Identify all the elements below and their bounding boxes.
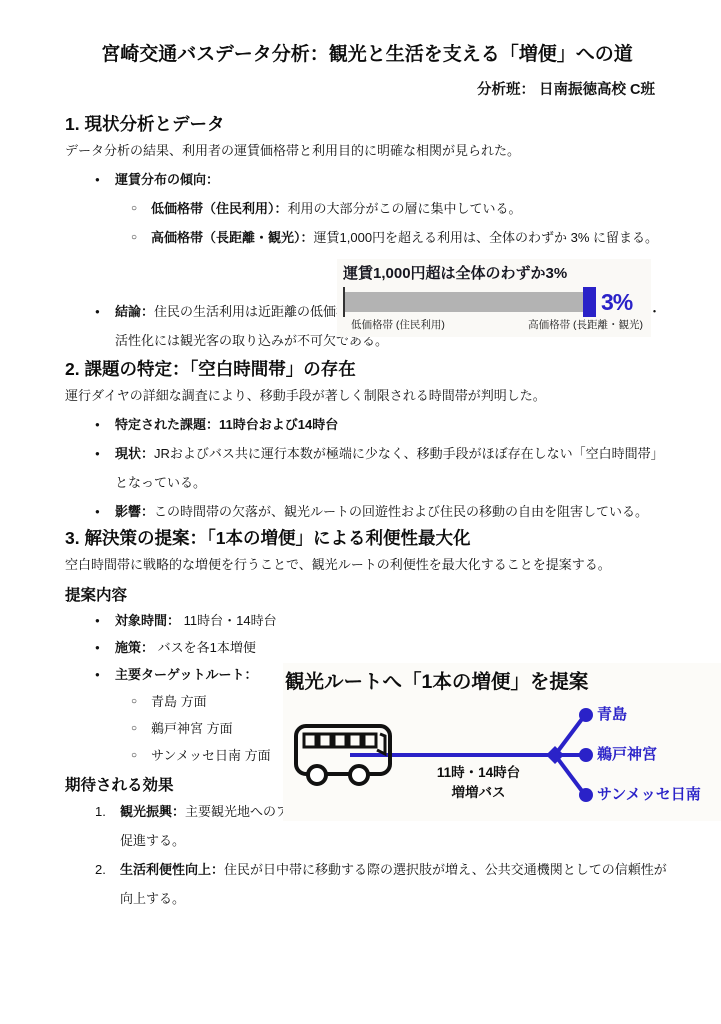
chart-category-labels: 低価格帯 (住民利用) 高価格帯 (長距離・観光) [351, 318, 643, 333]
list-item: 特定された課題：11時台および14時台 [65, 410, 669, 439]
list-item: 運賃分布の傾向： [65, 165, 669, 194]
section-3-heading: 3. 解決策の提案：「1本の増便」による利便性最大化 [65, 526, 669, 550]
list-item: 低価格帯（住民利用）：利用の大部分がこの層に集中している。 [65, 194, 669, 223]
section-1-intro: データ分析の結果、利用者の運賃価格帯と利用目的に明確な相関が見られた。 [65, 136, 669, 165]
list-item-label: 運賃分布の傾向： [115, 172, 219, 187]
chart-label-left: 低価格帯 (住民利用) [351, 318, 445, 333]
list-item: 対象時間： 11時台・14時台 [65, 607, 669, 634]
list-item-label: 対象時間： [115, 613, 180, 628]
section-3-intro: 空白時間帯に戦略的な増便を行うことで、観光ルートの利便性を最大化することを提案す… [65, 550, 669, 579]
list-item-text: JRおよびバス共に運行本数が極端に少なく、移動手段がほぼ存在しない「空白時間帯」… [115, 446, 664, 490]
list-item-label: 結論： [115, 304, 154, 319]
list-item-label: 主要ターゲットルート： [115, 667, 257, 682]
chart-title: 運賃1,000円超は全体のわずか3% [343, 263, 651, 284]
list-item-text: この時間帯の欠落が、観光ルートの回遊性および住民の移動の自由を阻害している。 [154, 504, 648, 519]
list-item-label: 低価格帯（住民利用）： [151, 201, 288, 216]
list-item: 高価格帯（長距離・観光）：運賃1,000円を超える利用は、全体のわずか 3% に… [65, 223, 669, 252]
list-item: 影響：この時間帯の欠落が、観光ルートの回遊性および住民の移動の自由を阻害している… [65, 497, 669, 526]
list-item: 施策： バスを各1本増便 [65, 634, 669, 661]
item-label: 生活利便性向上： [120, 862, 224, 877]
list-item-label: 影響： [115, 504, 154, 519]
bus-icon [293, 718, 393, 790]
list-item-text: 11時台および14時台 [219, 417, 338, 432]
item-label: 観光振興： [120, 804, 185, 819]
section-2-intro: 運行ダイヤの詳細な調査により、移動手段が著しく制限される時間帯が判明した。 [65, 381, 669, 410]
bar-segment-high-price [583, 287, 596, 317]
list-item-text: 運賃1,000円を超える利用は、全体のわずか 3% に留まる。 [314, 230, 659, 245]
list-item-label: 高価格帯（長距離・観光）： [151, 230, 314, 245]
route-diagram-figure: 観光ルートへ「1本の増便」を提案 [283, 663, 721, 821]
chart-value-label: 3% [601, 287, 632, 317]
chart-label-right: 高価格帯 (長距離・観光) [528, 318, 643, 333]
destination-label: サンメッセ日南 [597, 785, 701, 805]
byline: 分析班： 日南振徳高校 C班 [65, 80, 669, 100]
page-title: 宮崎交通バスデータ分析：観光と生活を支える「増便」への道 [65, 42, 669, 68]
item-number: 2. [95, 855, 106, 884]
list-item-text: バスを各1本増便 [158, 640, 256, 655]
item-number: 1. [95, 797, 106, 826]
destination-label: 鵜戸神宮 [597, 745, 657, 765]
document-page: 宮崎交通バスデータ分析：観光と生活を支える「増便」への道 分析班： 日南振徳高校… [0, 0, 721, 1024]
section-1-heading: 1. 現状分析とデータ [65, 112, 669, 136]
caption-line-2: 増増バス [401, 783, 556, 803]
numbered-item: 2.生活利便性向上：住民が日中帯に移動する際の選択肢が増え、公共交通機関としての… [65, 855, 669, 913]
list-item-text: 11時台・14時台 [184, 613, 277, 628]
list-item-label: 施策： [115, 640, 154, 655]
list-item-text: 利用の大部分がこの層に集中している。 [288, 201, 522, 216]
section-2-heading: 2. 課題の特定：「空白時間帯」の存在 [65, 357, 669, 381]
proposal-subheading: 提案内容 [65, 585, 669, 607]
list-item: 現状：JRおよびバス共に運行本数が極端に少なく、移動手段がほぼ存在しない「空白時… [65, 439, 669, 497]
fare-chart-figure: 運賃1,000円超は全体のわずか3% 3% 低価格帯 (住民利用) 高価格帯 (… [337, 259, 651, 337]
bar-segment-low-price [345, 292, 583, 312]
destination-label: 青島 [597, 705, 627, 725]
section-2-list: 特定された課題：11時台および14時台 現状：JRおよびバス共に運行本数が極端に… [65, 410, 669, 526]
caption-line-1: 11時・14時台 [401, 763, 556, 783]
list-item-label: 特定された課題： [115, 417, 219, 432]
list-item-label: 現状： [115, 446, 154, 461]
diagram-caption: 11時・14時台 増増バス [401, 763, 556, 803]
chart-bar: 3% [343, 287, 651, 317]
